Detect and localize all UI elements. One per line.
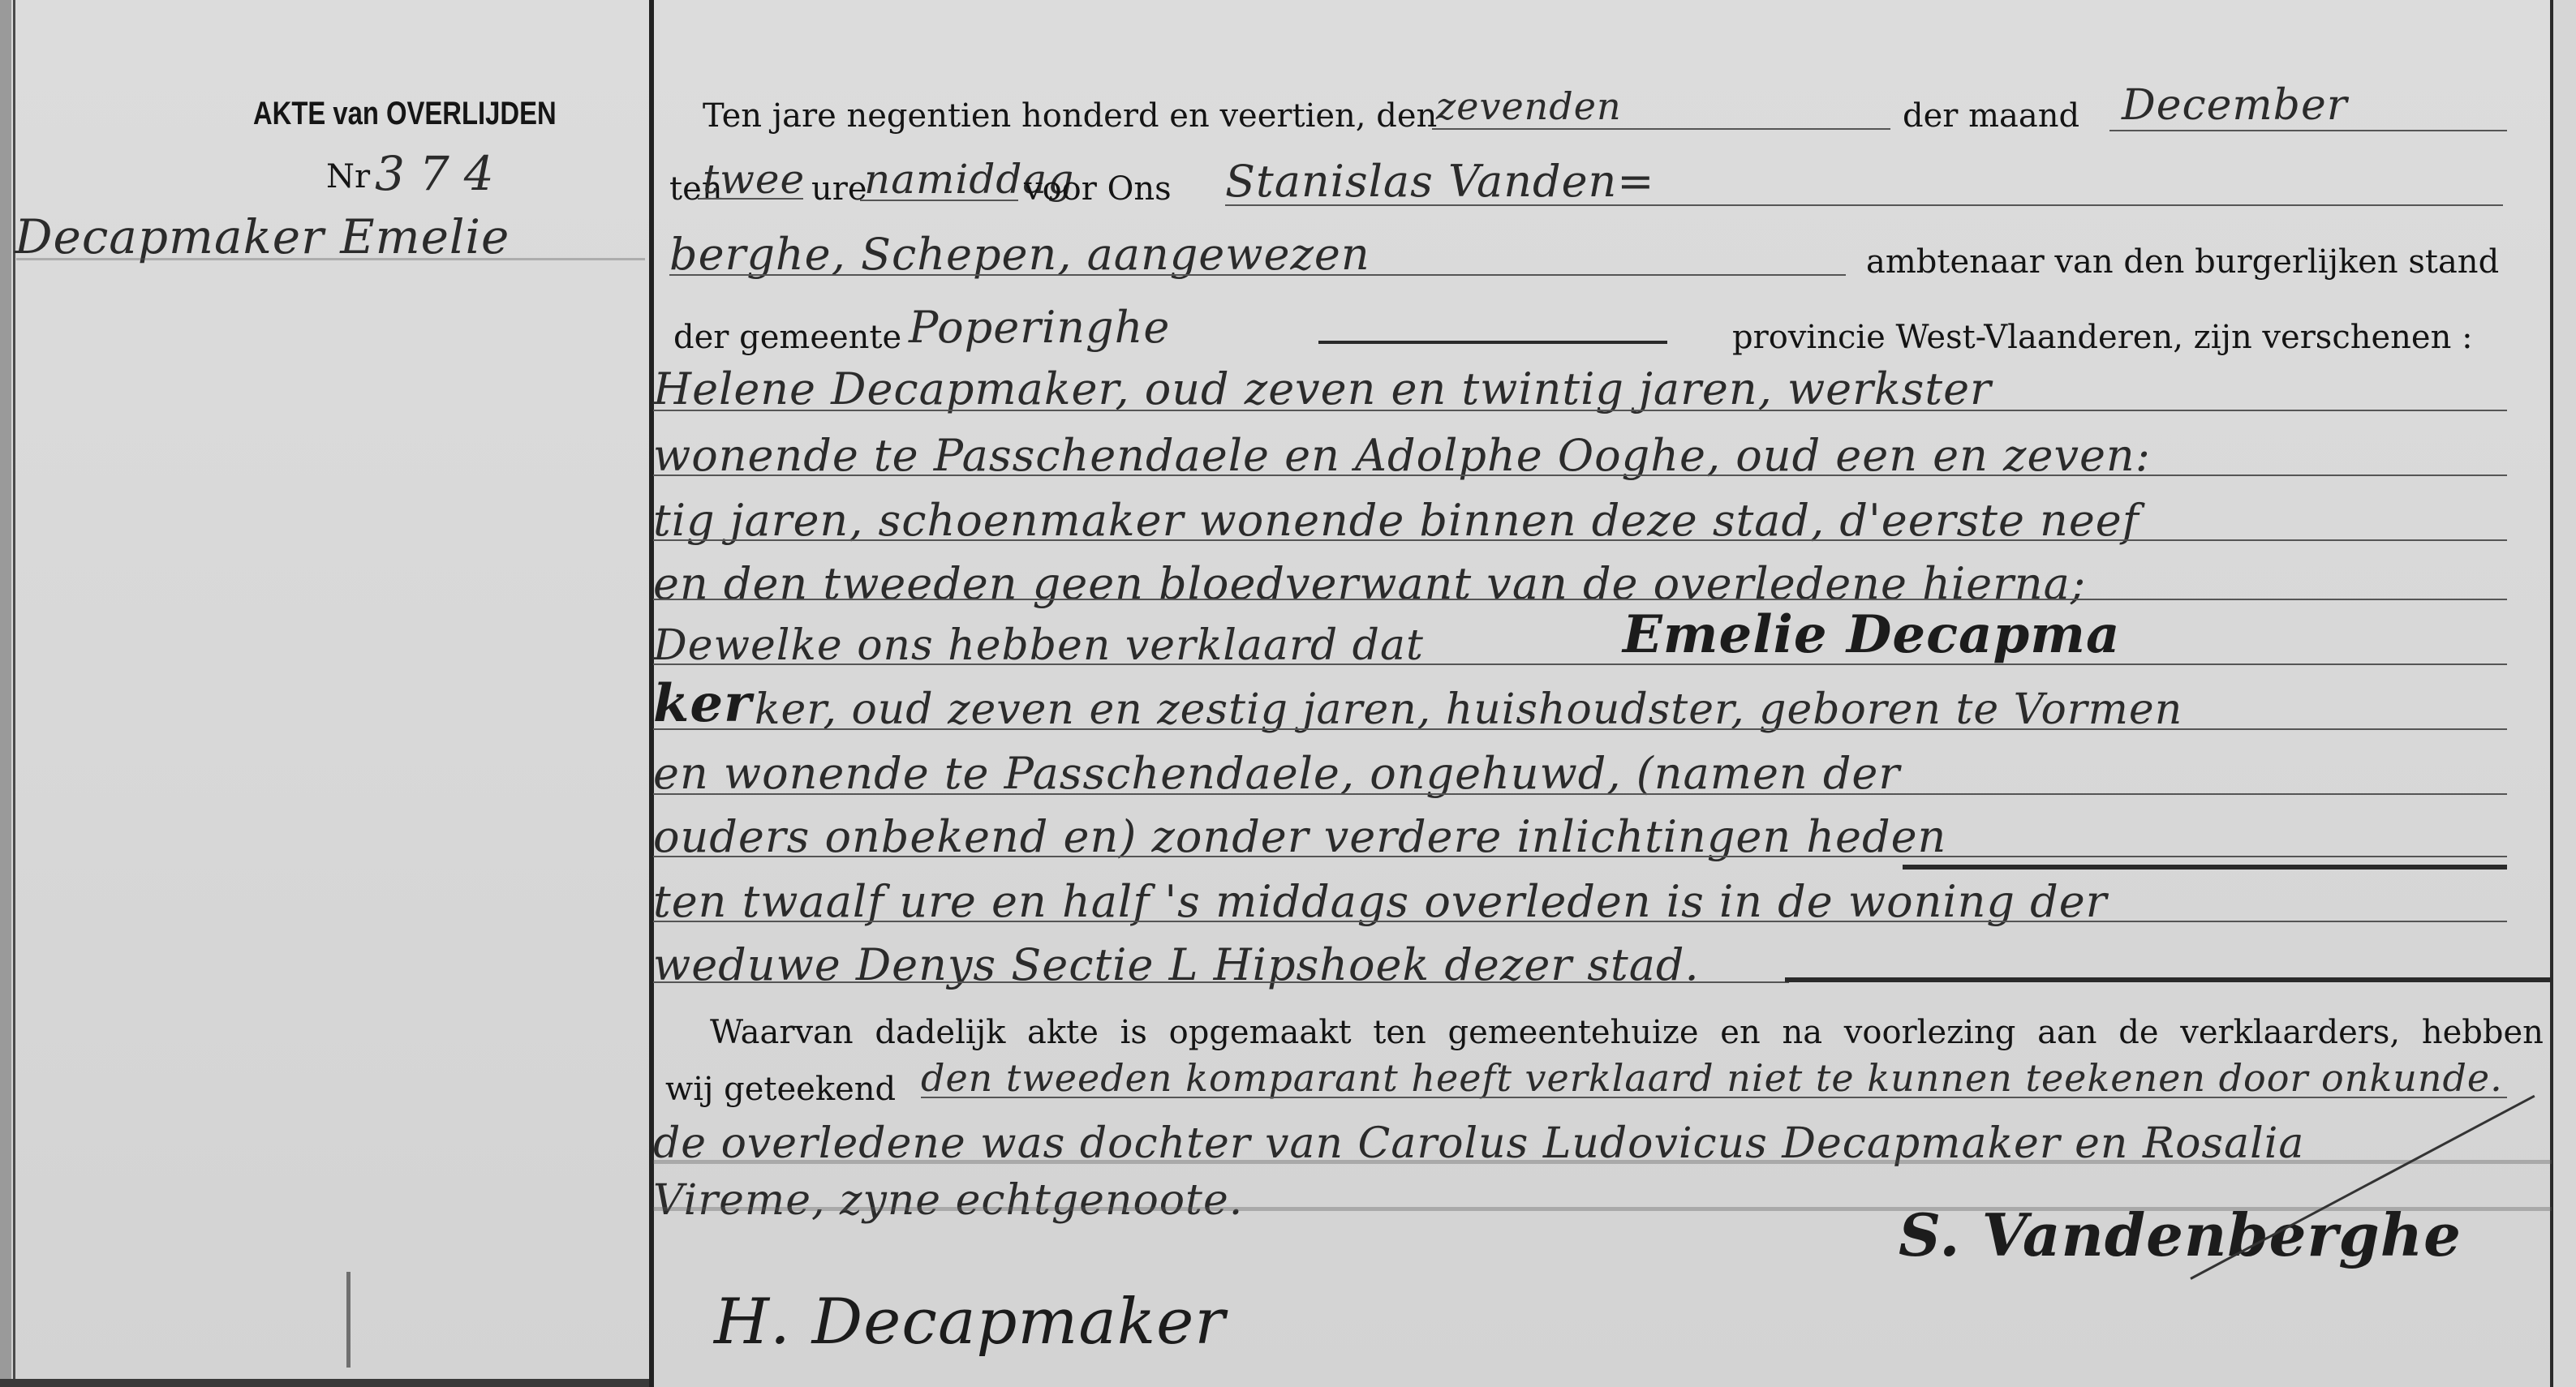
ure-label: ure [811, 170, 867, 208]
page-left-border [13, 0, 15, 1379]
ruled-line [653, 793, 2507, 795]
official-name-line [1225, 204, 2503, 206]
witness1-line: Helene Decapmaker, oud zeven en twintig … [653, 363, 1992, 414]
closing-note-3: Vireme, zyne echtgenoote. [653, 1176, 1243, 1225]
closing-note-1: den tweeden komparant heeft verklaard ni… [921, 1056, 2503, 1100]
official-title-line [669, 274, 1846, 276]
province-label: provincie West-Vlaanderen, zijn verschen… [1732, 319, 2473, 356]
residence-line: en wonende te Passchendaele, ongehuwd, (… [653, 748, 1900, 799]
month-field-line [2109, 130, 2507, 131]
ruled-line [653, 474, 2507, 476]
official-title-field: berghe, Schepen, aangewezen [669, 229, 1370, 280]
declaration-line: Dewelke ons hebben verklaard dat [653, 621, 1424, 670]
record-number: 374 [375, 146, 509, 201]
before-label: voor Ons [1024, 170, 1172, 208]
month-label: der maand [1903, 97, 2079, 135]
ruled-line [653, 921, 2507, 922]
deceased-details-line: ker, oud zeven en zestig jaren, huishoud… [755, 685, 2183, 734]
relation-line: en den tweeden geen bloedverwant van de … [653, 558, 2086, 609]
document-page: AKTE van OVERLIJDEN Nr 374 Decapmaker Em… [0, 0, 2576, 1387]
municipality-line [1318, 341, 1667, 344]
ruled-line [653, 728, 2507, 730]
page-right-strip [2553, 0, 2576, 1387]
municipality-label: der gemeente [673, 319, 901, 356]
ruled-line [653, 539, 2507, 541]
emphasis-rule [1903, 865, 2507, 870]
time-field-line [860, 200, 1018, 201]
ruled-line [653, 856, 2507, 857]
record-title: AKTE van OVERLIJDEN [253, 96, 557, 132]
intro-text: Ten jare negentien honderd en veertien, … [703, 97, 1437, 135]
witness2-line: wonende te Passchendaele en Adolphe Oogh… [653, 430, 2151, 481]
record-number-label: Nr [326, 158, 370, 195]
registrar-label: ambtenaar van den burgerlijken stand [1866, 243, 2499, 281]
hour-field: twee [703, 156, 805, 203]
deceased-name: Emelie Decapma [1623, 604, 2120, 665]
declarant-signature: H. Decapmaker [714, 1286, 1226, 1359]
margin-deceased-name: Decapmaker Emelie [15, 209, 510, 264]
page-left-edge [0, 0, 11, 1387]
ruled-line [653, 663, 2507, 665]
page-bottom-edge [0, 1379, 649, 1387]
faint-line [653, 1160, 2552, 1164]
day-field-line [1432, 128, 1890, 130]
ink-mark [346, 1272, 350, 1368]
ruled-line [653, 599, 2507, 600]
day-field: zevenden [1436, 84, 1622, 128]
deceased-name-cont: ker [653, 673, 752, 734]
hour-field-line [698, 198, 803, 200]
margin-underline [16, 258, 645, 260]
ruled-line [653, 981, 1789, 983]
month-field: December [2122, 81, 2348, 130]
ruled-line [921, 1097, 2507, 1098]
official-signature: S. Vandenberghe [1899, 1200, 2462, 1269]
witness2-occupation-line: tig jaren, schoenmaker wonende binnen de… [653, 495, 2139, 546]
time-of-death-line: ten twaalf ure en half 's middags overle… [653, 876, 2107, 927]
closing-rule [1785, 977, 2552, 982]
municipality-field: Poperinghe [909, 302, 1170, 353]
parents-line: ouders onbekend en) zonder verdere inlic… [653, 811, 1946, 862]
closing-text: Waarvan dadelijk akte is opgemaakt ten g… [710, 1014, 2544, 1051]
ruled-line [653, 410, 2507, 411]
official-name-field: Stanislas Vanden= [1225, 156, 1655, 207]
signed-label: wij geteekend [665, 1071, 896, 1108]
